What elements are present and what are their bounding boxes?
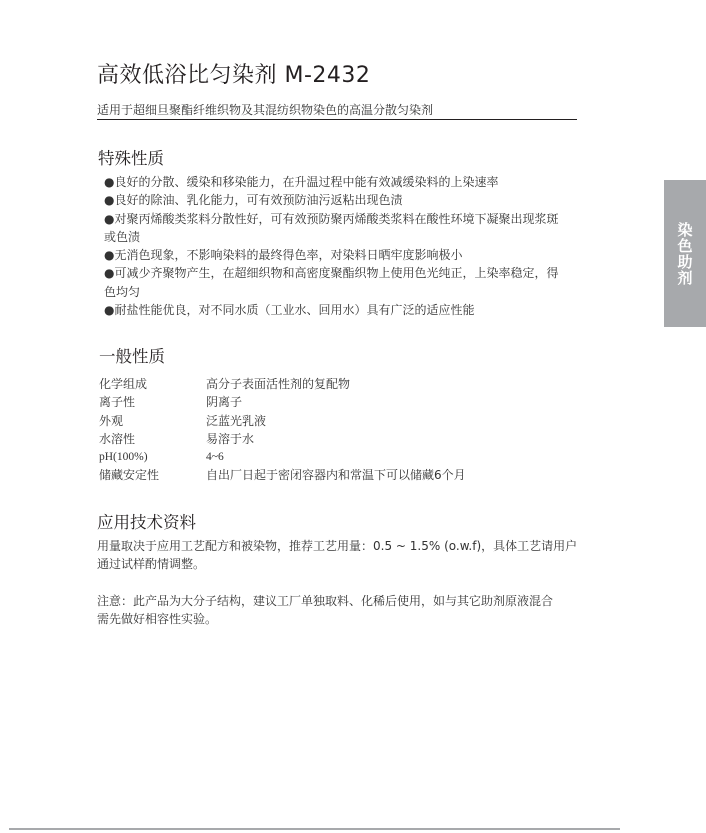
paragraph-line: 注意：此产品为大分子结构，建议工厂单独取料、化稀后使用，如与其它助剂原液混合 <box>97 592 587 610</box>
list-item: ●对聚丙烯酸类浆料分散性好，可有效预防聚丙烯酸类浆料在酸性环境下凝聚出现浆斑 <box>104 210 580 228</box>
property-row: 储藏安定性 自出厂日起于密闭容器内和常温下可以储藏6个月 <box>99 466 466 484</box>
list-item: ●可减少齐聚物产生，在超细织物和高密度聚酯织物上使用色光纯正，上染率稳定，得 <box>104 264 580 282</box>
general-properties-table: 化学组成 高分子表面活性剂的复配物 离子性 阴离子 外观 泛蓝光乳液 水溶性 易… <box>99 375 466 485</box>
list-item: ●良好的除油、乳化能力，可有效预防油污返粘出现色渍 <box>104 191 580 209</box>
property-value: 4~6 <box>206 448 224 466</box>
usage-paragraph: 用量取决于应用工艺配方和被染物，推荐工艺用量：0.5 ~ 1.5% (o.w.f… <box>97 537 587 574</box>
property-key: pH(100%) <box>99 448 206 466</box>
property-value: 泛蓝光乳液 <box>206 412 266 430</box>
section-heading-general-properties: 一般性质 <box>99 346 165 368</box>
property-row: 离子性 阴离子 <box>99 393 466 411</box>
property-row: 外观 泛蓝光乳液 <box>99 412 466 430</box>
category-side-tab: 染色助剂 <box>664 180 706 327</box>
paragraph-line: 需先做好相容性实验。 <box>97 610 587 628</box>
product-title: 高效低浴比匀染剂 M-2432 <box>97 62 370 90</box>
product-subtitle: 适用于超细旦聚酯纤维织物及其混纺织物染色的高温分散匀染剂 <box>97 102 577 120</box>
special-properties-list: ●良好的分散、缓染和移染能力，在升温过程中能有效减缓染料的上染速率 ●良好的除油… <box>104 173 580 319</box>
property-row: 化学组成 高分子表面活性剂的复配物 <box>99 375 466 393</box>
property-key: 离子性 <box>99 393 206 411</box>
property-key: 外观 <box>99 412 206 430</box>
property-row: pH(100%) 4~6 <box>99 448 466 466</box>
property-key: 化学组成 <box>99 375 206 393</box>
property-key: 水溶性 <box>99 430 206 448</box>
list-item: ●良好的分散、缓染和移染能力，在升温过程中能有效减缓染料的上染速率 <box>104 173 580 191</box>
property-key: 储藏安定性 <box>99 466 206 484</box>
paragraph-line: 用量取决于应用工艺配方和被染物，推荐工艺用量：0.5 ~ 1.5% (o.w.f… <box>97 537 587 555</box>
property-value: 易溶于水 <box>206 430 254 448</box>
property-row: 水溶性 易溶于水 <box>99 430 466 448</box>
property-value: 自出厂日起于密闭容器内和常温下可以储藏6个月 <box>206 466 466 484</box>
list-item-continuation: 或色渍 <box>104 228 580 246</box>
list-item: ●耐盐性能优良，对不同水质（工业水、回用水）具有广泛的适应性能 <box>104 301 580 319</box>
list-item: ●无消色现象，不影响染料的最终得色率，对染料日晒牢度影响极小 <box>104 246 580 264</box>
property-value: 阴离子 <box>206 393 242 411</box>
footer-divider <box>9 828 620 830</box>
note-paragraph: 注意：此产品为大分子结构，建议工厂单独取料、化稀后使用，如与其它助剂原液混合 需… <box>97 592 587 629</box>
list-item-continuation: 色均匀 <box>104 283 580 301</box>
section-heading-application: 应用技术资料 <box>97 512 196 534</box>
side-tab-label: 染色助剂 <box>675 222 696 286</box>
paragraph-line: 通过试样酌情调整。 <box>97 555 587 573</box>
property-value: 高分子表面活性剂的复配物 <box>206 375 350 393</box>
section-heading-special-properties: 特殊性质 <box>98 148 164 170</box>
